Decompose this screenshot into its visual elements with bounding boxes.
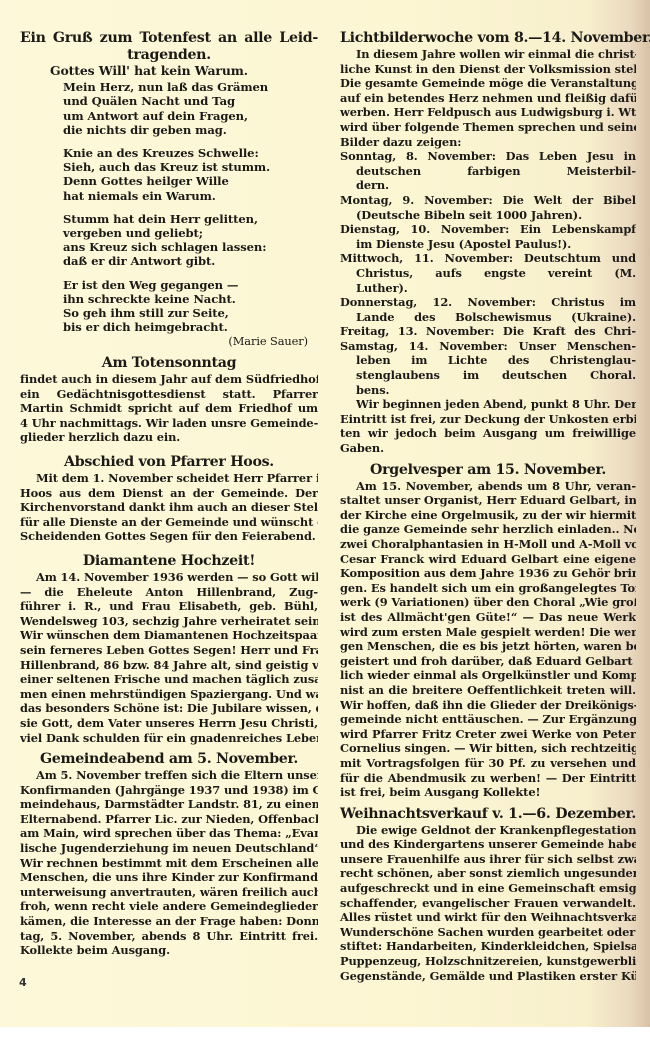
text-line: wird Pfarrer Fritz Creter zwei Werke von… bbox=[340, 727, 636, 742]
text-line: Bilder dazu zeigen: bbox=[340, 135, 636, 150]
poem-line: daß er dir Antwort gibt. bbox=[20, 254, 318, 268]
text-line: Cesar Franck wird Eduard Gelbart eine ei… bbox=[340, 552, 636, 567]
text-line: Elternabend. Pfarrer Lic. zur Nieden, Of… bbox=[20, 812, 318, 827]
section-heading: Diamantene Hochzeit! bbox=[20, 553, 318, 570]
schedule-line: (Deutsche Bibeln seit 1000 Jahren). bbox=[340, 208, 636, 223]
text-line: auf ein betendes Herz nehmen und fleißig… bbox=[340, 91, 636, 106]
poem-line: Sieh, auch das Kreuz ist stumm. bbox=[20, 160, 318, 174]
text-line: Scheidenden Gottes Segen für den Feierab… bbox=[20, 529, 318, 544]
text-line: ten wir jedoch beim Ausgang um freiwilli… bbox=[340, 426, 636, 441]
text-line: zwei Choralphantasien in H-Moll und A-Mo… bbox=[340, 537, 636, 552]
hochzeit-section: Diamantene Hochzeit! Am 14. November 193… bbox=[20, 553, 318, 745]
text-line: stiftet: Handarbeiten, Kinderkleidchen, … bbox=[340, 939, 636, 954]
text-line: tag, 5. November, abends 8 Uhr. Eintritt… bbox=[20, 929, 318, 944]
section-heading: Abschied von Pfarrer Hoos. bbox=[20, 454, 318, 471]
schedule-line: Samstag, 14. November: Unser Menschen- bbox=[340, 339, 636, 354]
text-line: In diesem Jahre wollen wir einmal die ch… bbox=[340, 47, 636, 62]
text-line: Konfirmanden (Jahrgänge 1937 und 1938) i… bbox=[20, 783, 318, 798]
poem-line: um Antwort auf dein Fragen, bbox=[20, 109, 318, 123]
schedule-line: im Dienste Jesu (Apostel Paulus!). bbox=[340, 237, 636, 252]
poem-line: ans Kreuz sich schlagen lassen: bbox=[20, 240, 318, 254]
text-line: führer i. R., und Frau Elisabeth, geb. B… bbox=[20, 599, 318, 614]
schedule-line: dern. bbox=[340, 178, 636, 193]
text-line: Hoos aus dem Dienst an der Gemeinde. Der bbox=[20, 486, 318, 501]
schedule-item: Dienstag, 10. November: Ein Lebenskampf … bbox=[340, 222, 636, 251]
section-heading: Orgelvesper am 15. November. bbox=[340, 462, 636, 479]
text-line: schaffender, evangelischer Frauen verwan… bbox=[340, 896, 636, 911]
text-line: lich wieder einmal als Orgelkünstler und… bbox=[340, 668, 636, 683]
page-number: 4 bbox=[19, 976, 27, 989]
lichtbilder-section: Lichtbilderwoche vom 8.—14. November. In… bbox=[340, 30, 636, 456]
text-line: Mit dem 1. November scheidet Herr Pfarre… bbox=[20, 471, 318, 486]
weihnachtsverkauf-section: Weihnachtsverkauf v. 1.—6. Dezember. Die… bbox=[340, 806, 636, 984]
schedule-line: Christus, aufs engste vereint (M. bbox=[340, 266, 636, 281]
schedule-item: Montag, 9. November: Die Welt der Bibel … bbox=[340, 193, 636, 222]
poem-line: Stumm hat dein Herr gelitten, bbox=[20, 212, 318, 226]
text-line: das besonders Schöne ist: Die Jubilare w… bbox=[20, 701, 318, 716]
poem-author: (Marie Sauer) bbox=[20, 334, 318, 349]
text-line: werben. Herr Feldpusch aus Ludwigsburg i… bbox=[340, 105, 636, 120]
text-line: Wir wünschen dem Diamantenen Hochzeitspa… bbox=[20, 628, 318, 643]
text-line: werk (9 Variationen) über den Choral „Wi… bbox=[340, 595, 636, 610]
text-line: am Main, wird sprechen über das Thema: „… bbox=[20, 826, 318, 841]
text-line: der Kirche eine Orgelmusik, zu der wir h… bbox=[340, 508, 636, 523]
text-line: Menschen, die uns ihre Kinder zur Konfir… bbox=[20, 870, 318, 885]
orgelvesper-section: Orgelvesper am 15. November. Am 15. Nove… bbox=[340, 462, 636, 800]
text-line: Kirchenvorstand dankt ihm auch an dieser… bbox=[20, 500, 318, 515]
text-line: unsere Frauenhilfe aus ihrer für sich se… bbox=[340, 852, 636, 867]
poem-line: vergeben und geliebt; bbox=[20, 226, 318, 240]
poem-subtitle: Gottes Will' hat kein Warum. bbox=[20, 64, 318, 78]
text-line: recht schönen, aber sonst ziemlich unges… bbox=[340, 866, 636, 881]
text-line: findet auch in diesem Jahr auf dem Südfr… bbox=[20, 372, 318, 387]
text-line: Wir hoffen, daß ihn die Glieder der Drei… bbox=[340, 698, 636, 713]
text-line: wird über folgende Themen sprechen und s… bbox=[340, 120, 636, 135]
schedule-line: leben im Lichte des Christenglau- bbox=[340, 353, 636, 368]
text-line: Wunderschöne Sachen wurden gearbeitet od… bbox=[340, 925, 636, 940]
schedule-item: Donnerstag, 12. November: Christus im La… bbox=[340, 295, 636, 324]
text-line: sein ferneres Leben Gottes Segen! Herr u… bbox=[20, 643, 318, 658]
section-heading: Am Totensonntag bbox=[20, 355, 318, 372]
right-column: Lichtbilderwoche vom 8.—14. November. In… bbox=[340, 30, 636, 983]
text-line: lische Jugenderziehung im neuen Deutschl… bbox=[20, 841, 318, 856]
text-line: — die Eheleute Anton Hillenbrand, Zug- bbox=[20, 585, 318, 600]
schedule-line: Montag, 9. November: Die Welt der Bibel bbox=[340, 193, 636, 208]
poem-line: hat niemals ein Warum. bbox=[20, 189, 318, 203]
text-line: gen Menschen, die es bis jetzt hörten, w… bbox=[340, 639, 636, 654]
text-line: Wendelsweg 103, sechzig Jahre verheirate… bbox=[20, 614, 318, 629]
text-line: Die ewige Geldnot der Krankenpflegestati… bbox=[340, 823, 636, 838]
text-line: viel Dank schulden für ein gnadenreiches… bbox=[20, 731, 318, 746]
schedule-line: bens. bbox=[340, 383, 636, 398]
text-line: Kollekte beim Ausgang. bbox=[20, 943, 318, 958]
text-line: für die Abendmusik zu werben! — Der Eint… bbox=[340, 771, 636, 786]
text-line: Martin Schmidt spricht auf dem Friedhof … bbox=[20, 401, 318, 416]
text-line: gen. Es handelt sich um ein großangelegt… bbox=[340, 581, 636, 596]
schedule-line: Luther). bbox=[340, 281, 636, 296]
text-line: Wir beginnen jeden Abend, punkt 8 Uhr. D… bbox=[340, 397, 636, 412]
text-line: froh, wenn recht viele andere Gemeindegl… bbox=[20, 899, 318, 914]
text-line: nist an die breitere Oeffentlichkeit tre… bbox=[340, 683, 636, 698]
text-line: Am 14. November 1936 werden — so Gott wi… bbox=[20, 570, 318, 585]
poem-line: Mein Herz, nun laß das Grämen bbox=[20, 80, 318, 94]
poem-stanza: Er ist den Weg gegangen — ihn schreckte … bbox=[20, 278, 318, 335]
schedule-item: Freitag, 13. November: Die Kraft des Chr… bbox=[340, 324, 636, 339]
poem-stanza: Mein Herz, nun laß das Grämen und Quälen… bbox=[20, 80, 318, 137]
schedule-line: stenglaubens im deutschen Choral. bbox=[340, 368, 636, 383]
schedule-item: Mittwoch, 11. November: Deutschtum und C… bbox=[340, 251, 636, 295]
text-line: Puppenzeug, Holzschnitzereien, kunstgewe… bbox=[340, 954, 636, 969]
poem-line: Er ist den Weg gegangen — bbox=[20, 278, 318, 292]
text-line: sie Gott, dem Vater unseres Herrn Jesu C… bbox=[20, 716, 318, 731]
schedule-line: deutschen farbigen Meisterbil- bbox=[340, 164, 636, 179]
section-heading: Gemeindeabend am 5. November. bbox=[20, 751, 318, 768]
text-line: mit Vortragsfolgen für 30 Pf. zu versehe… bbox=[340, 756, 636, 771]
schedule-line: Mittwoch, 11. November: Deutschtum und bbox=[340, 251, 636, 266]
schedule-line: Lande des Bolschewismus (Ukraine). bbox=[340, 310, 636, 325]
text-line: kämen, die Interesse an der Frage haben:… bbox=[20, 914, 318, 929]
text-line: men einen mehrstündigen Spaziergang. Und… bbox=[20, 687, 318, 702]
text-line: glieder herzlich dazu ein. bbox=[20, 430, 318, 445]
poem-line: und Quälen Nacht und Tag bbox=[20, 94, 318, 108]
text-line: Am 15. November, abends um 8 Uhr, veran- bbox=[340, 479, 636, 494]
text-line: gemeinde nicht enttäuschen. — Zur Ergänz… bbox=[340, 712, 636, 727]
gemeindeabend-section: Gemeindeabend am 5. November. Am 5. Nove… bbox=[20, 751, 318, 958]
poem-line: die nichts dir geben mag. bbox=[20, 123, 318, 137]
poem-stanza: Stumm hat dein Herr gelitten, vergeben u… bbox=[20, 212, 318, 269]
text-line: ist des Allmächt'gen Güte!“ — Das neue W… bbox=[340, 610, 636, 625]
poem-line: So geh ihm still zur Seite, bbox=[20, 306, 318, 320]
text-line: einer seltenen Frische und machen täglic… bbox=[20, 672, 318, 687]
section-heading: Weihnachtsverkauf v. 1.—6. Dezember. bbox=[340, 806, 636, 823]
text-line: Alles rüstet und wirkt für den Weihnacht… bbox=[340, 910, 636, 925]
text-line: unterweisung anvertrauten, wären freilic… bbox=[20, 885, 318, 900]
totensonntag-section: Am Totensonntag findet auch in diesem Ja… bbox=[20, 355, 318, 445]
schedule-line: Freitag, 13. November: Die Kraft des Chr… bbox=[340, 324, 636, 339]
text-line: und des Kindergartens unserer Gemeinde h… bbox=[340, 837, 636, 852]
poem-line: Denn Gottes heilger Wille bbox=[20, 174, 318, 188]
poem-title-line-2: tragenden. bbox=[20, 47, 318, 64]
text-line: wird zum ersten Male gespielt werden! Di… bbox=[340, 625, 636, 640]
poem-stanza: Knie an des Kreuzes Schwelle: Sieh, auch… bbox=[20, 146, 318, 203]
text-line: staltet unser Organist, Herr Eduard Gelb… bbox=[340, 493, 636, 508]
poem-section: Ein Gruß zum Totenfest an alle Leid- tra… bbox=[20, 30, 318, 349]
newsletter-page: Ein Gruß zum Totenfest an alle Leid- tra… bbox=[0, 0, 650, 1027]
schedule-item: Samstag, 14. November: Unser Menschen- l… bbox=[340, 339, 636, 397]
text-line: Cornelius singen. — Wir bitten, sich rec… bbox=[340, 741, 636, 756]
text-line: ist frei, beim Ausgang Kollekte! bbox=[340, 785, 636, 800]
text-line: Komposition aus dem Jahre 1936 zu Gehör … bbox=[340, 566, 636, 581]
schedule-line: Dienstag, 10. November: Ein Lebenskampf bbox=[340, 222, 636, 237]
text-line: Hillenbrand, 86 bzw. 84 Jahre alt, sind … bbox=[20, 658, 318, 673]
poem-title-line-1: Ein Gruß zum Totenfest an alle Leid- bbox=[20, 30, 318, 47]
poem-line: ihn schreckte keine Nacht. bbox=[20, 292, 318, 306]
section-heading: Lichtbilderwoche vom 8.—14. November. bbox=[340, 30, 636, 47]
text-line: geistert und froh darüber, daß Eduard Ge… bbox=[340, 654, 636, 669]
poem-line: Knie an des Kreuzes Schwelle: bbox=[20, 146, 318, 160]
schedule-line: Donnerstag, 12. November: Christus im bbox=[340, 295, 636, 310]
text-line: Eintritt ist frei, zur Deckung der Unkos… bbox=[340, 412, 636, 427]
text-line: aufgeschreckt und in eine Gemeinschaft e… bbox=[340, 881, 636, 896]
schedule-line: Sonntag, 8. November: Das Leben Jesu in bbox=[340, 149, 636, 164]
text-line: ein Gedächtnisgottesdienst statt. Pfarre… bbox=[20, 387, 318, 402]
schedule-item: Sonntag, 8. November: Das Leben Jesu in … bbox=[340, 149, 636, 193]
text-line: die ganze Gemeinde sehr herzlich einlade… bbox=[340, 522, 636, 537]
text-line: meindehaus, Darmstädter Landstr. 81, zu … bbox=[20, 797, 318, 812]
text-line: Die gesamte Gemeinde möge die Veranstalt… bbox=[340, 76, 636, 91]
abschied-section: Abschied von Pfarrer Hoos. Mit dem 1. No… bbox=[20, 454, 318, 544]
left-column: Ein Gruß zum Totenfest an alle Leid- tra… bbox=[20, 30, 318, 958]
text-line: Gegenstände, Gemälde und Plastiken erste… bbox=[340, 969, 636, 984]
poem-line: bis er dich heimgebracht. bbox=[20, 320, 318, 334]
text-line: liche Kunst in den Dienst der Volksmissi… bbox=[340, 62, 636, 77]
text-line: Wir rechnen bestimmt mit dem Erscheinen … bbox=[20, 856, 318, 871]
schedule-list: Sonntag, 8. November: Das Leben Jesu in … bbox=[340, 149, 636, 397]
text-line: für alle Dienste an der Gemeinde und wün… bbox=[20, 515, 318, 530]
text-line: Am 5. November treffen sich die Eltern u… bbox=[20, 768, 318, 783]
poem: Gottes Will' hat kein Warum. Mein Herz, … bbox=[20, 64, 318, 334]
text-line: Gaben. bbox=[340, 441, 636, 456]
text-line: 4 Uhr nachmittags. Wir laden unsre Gemei… bbox=[20, 416, 318, 431]
